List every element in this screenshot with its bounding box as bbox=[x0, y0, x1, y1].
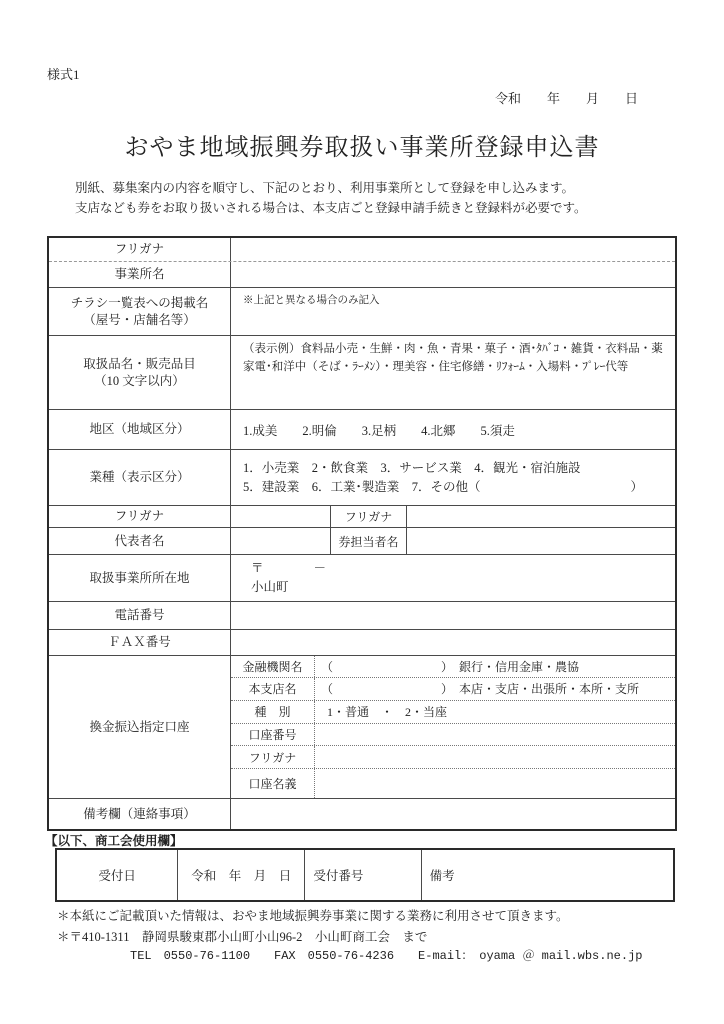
reception-number-label: 受付番号 bbox=[313, 866, 363, 884]
office-remarks-label: 備考 bbox=[430, 866, 455, 884]
district-options-cell: 1.成美 2.明倫 3.足柄 4.北郷 5.須走 bbox=[231, 410, 675, 449]
voucher-furigana-label: フリガナ bbox=[345, 508, 392, 525]
bank-furigana-label: フリガナ bbox=[249, 749, 296, 766]
remarks-value-cell bbox=[231, 799, 675, 829]
industry-label: 業種（表示区分） bbox=[89, 469, 189, 486]
business-name-label-cell: 事業所名 bbox=[49, 262, 231, 287]
bank-holder-label-cell: 口座名義 bbox=[231, 769, 315, 798]
row-remarks: 備考欄（連絡事項） bbox=[49, 799, 675, 829]
row-rep-furigana: フリガナ フリガナ bbox=[49, 506, 675, 528]
rep-name-value-cell bbox=[231, 528, 330, 554]
industry-label-cell: 業種（表示区分） bbox=[49, 450, 231, 505]
business-name-label: 事業所名 bbox=[114, 266, 164, 283]
bank-branch-label-cell: 本支店名 bbox=[231, 678, 315, 700]
bank-account-label-cell: 換金振込指定口座 bbox=[49, 656, 231, 798]
bank-type-label-cell: 種 別 bbox=[231, 701, 315, 723]
intro-line-1: 別紙、募集案内の内容を順守し、下記のとおり、利用事業所として登録を申し込みます。 bbox=[75, 178, 587, 198]
bank-account-label: 換金振込指定口座 bbox=[89, 719, 189, 736]
reception-number-cell: 受付番号 bbox=[305, 850, 421, 900]
bank-type-label: 種 別 bbox=[254, 703, 290, 720]
contact-info-line: TEL 0550-76-1100 FAX 0550-76-4236 E-mail… bbox=[130, 946, 642, 963]
bank-furigana-row: フリガナ bbox=[231, 746, 675, 769]
rep-name-label: 代表者名 bbox=[114, 533, 164, 550]
items-label-line2: （10 文字以内） bbox=[94, 373, 185, 390]
bank-furigana-value-cell bbox=[315, 746, 675, 768]
row-business-name: 事業所名 bbox=[49, 262, 675, 288]
intro-line-2: 支店なども券をお取り扱いされる場合は、本支店ごと登録申請手続きと登録料が必要です… bbox=[75, 198, 587, 218]
office-remarks-cell: 備考 bbox=[422, 850, 673, 900]
bank-institution-value: （ ） 銀行・信用金庫・農協 bbox=[321, 658, 579, 675]
fax-label: ＦＡＸ番号 bbox=[108, 634, 171, 651]
bank-branch-value: （ ） 本店・支店・出張所・本所・支所 bbox=[321, 680, 639, 697]
reception-date-label-cell: 受付日 bbox=[57, 850, 178, 900]
address-value-cell: 〒 － 小山町 bbox=[231, 555, 675, 601]
row-industry: 業種（表示区分） 1．小売業 2・飲食業 3．サービス業 4．観光・宿泊施設 5… bbox=[49, 450, 675, 506]
rep-furigana-label: フリガナ bbox=[115, 508, 164, 525]
bank-number-label: 口座番号 bbox=[248, 726, 296, 743]
fax-label-cell: ＦＡＸ番号 bbox=[49, 630, 231, 655]
bank-number-digit-boxes bbox=[315, 724, 675, 746]
application-table: フリガナ 事業所名 チラシ一覧表への掲載名 （屋号・店舗名等） ※上記と異なる場… bbox=[47, 236, 677, 831]
items-example-line1: （表示例）食料品小売・生鮮・肉・魚・青果・菓子・酒･ﾀﾊﾞｺ・雑貨・衣料品・薬 bbox=[243, 340, 663, 358]
bank-branch-label: 本支店名 bbox=[248, 680, 296, 697]
tel-label-cell: 電話番号 bbox=[49, 602, 231, 629]
bank-institution-value-cell: （ ） 銀行・信用金庫・農協 bbox=[315, 656, 675, 677]
row-business-furigana: フリガナ bbox=[49, 238, 675, 262]
bank-type-value-cell: 1・普通 ・ 2・当座 bbox=[315, 701, 675, 723]
flyer-name-label-line1: チラシ一覧表への掲載名 bbox=[71, 295, 209, 312]
reception-date-value-cell: 令和 年 月 日 bbox=[178, 850, 305, 900]
rep-name-label-cell: 代表者名 bbox=[49, 528, 231, 554]
flyer-name-note: ※上記と異なる場合のみ記入 bbox=[243, 292, 380, 307]
application-form-page: 様式1 令和 年 月 日 おやま地域振興券取扱い事業所登録申込書 別紙、募集案内… bbox=[0, 0, 724, 1024]
row-bank-account: 換金振込指定口座 金融機関名 （ ） 銀行・信用金庫・農協 本支店名 bbox=[49, 656, 675, 799]
bank-holder-row: 口座名義 bbox=[231, 769, 675, 798]
office-use-table: 受付日 令和 年 月 日 受付番号 備考 bbox=[55, 848, 675, 902]
voucher-manager-value-cell bbox=[407, 528, 675, 554]
office-use-heading: 【以下、商工会使用欄】 bbox=[45, 831, 183, 849]
tel-label: 電話番号 bbox=[114, 607, 164, 624]
bank-type-row: 種 別 1・普通 ・ 2・当座 bbox=[231, 701, 675, 724]
bank-branch-value-cell: （ ） 本店・支店・出張所・本所・支所 bbox=[315, 678, 675, 700]
industry-options-cell: 1．小売業 2・飲食業 3．サービス業 4．観光・宿泊施設 5．建設業 6．工業… bbox=[231, 450, 675, 505]
rep-furigana-label-cell: フリガナ bbox=[49, 506, 231, 527]
rep-furigana-value-cell bbox=[231, 506, 330, 527]
district-label-cell: 地区（地域区分） bbox=[49, 410, 231, 449]
flyer-name-label-cell: チラシ一覧表への掲載名 （屋号・店舗名等） bbox=[49, 288, 231, 335]
intro-paragraph: 別紙、募集案内の内容を順守し、下記のとおり、利用事業所として登録を申し込みます。… bbox=[75, 178, 587, 218]
address-label-cell: 取扱事業所所在地 bbox=[49, 555, 231, 601]
remarks-label-cell: 備考欄（連絡事項） bbox=[49, 799, 231, 829]
row-flyer-name: チラシ一覧表への掲載名 （屋号・店舗名等） ※上記と異なる場合のみ記入 bbox=[49, 288, 675, 336]
bank-institution-row: 金融機関名 （ ） 銀行・信用金庫・農協 bbox=[231, 656, 675, 678]
row-fax: ＦＡＸ番号 bbox=[49, 630, 675, 656]
bank-holder-value-cell bbox=[315, 769, 675, 798]
privacy-note: ＊本紙にご記載頂いた情報は、おやま地域振興券事業に関する業務に利用させて頂きます… bbox=[57, 906, 569, 924]
page-title: おやま地域振興券取扱い事業所登録申込書 bbox=[0, 127, 724, 162]
fax-value-cell bbox=[231, 630, 675, 655]
district-options: 1.成美 2.明倫 3.足柄 4.北郷 5.須走 bbox=[243, 421, 515, 439]
items-value-cell: （表示例）食料品小売・生鮮・肉・魚・青果・菓子・酒･ﾀﾊﾞｺ・雑貨・衣料品・薬 … bbox=[231, 336, 675, 409]
date-line: 令和 年 月 日 bbox=[495, 88, 638, 107]
row-rep-name: 代表者名 券担当者名 bbox=[49, 528, 675, 555]
business-furigana-value-cell bbox=[231, 238, 675, 261]
row-district: 地区（地域区分） 1.成美 2.明倫 3.足柄 4.北郷 5.須走 bbox=[49, 410, 675, 450]
address-postal-line: 〒 － bbox=[251, 559, 326, 578]
bank-account-subtable: 金融機関名 （ ） 銀行・信用金庫・農協 本支店名 （ ） 本店・支店・出張所・… bbox=[231, 656, 675, 798]
items-example-line2: 家電･和洋中（そば・ﾗｰﾒﾝ）・理美容・住宅修繕・ﾘﾌｫｰﾑ・入場料・ﾌﾟﾚｰ代… bbox=[243, 358, 628, 376]
bank-holder-label: 口座名義 bbox=[248, 775, 296, 792]
business-furigana-label: フリガナ bbox=[115, 241, 164, 258]
address-label: 取扱事業所所在地 bbox=[89, 570, 189, 587]
reception-date-label: 受付日 bbox=[98, 866, 136, 884]
remarks-label: 備考欄（連絡事項） bbox=[83, 806, 196, 823]
bank-number-row: 口座番号 bbox=[231, 724, 675, 747]
flyer-name-label-line2: （屋号・店舗名等） bbox=[83, 312, 196, 329]
voucher-manager-label-cell: 券担当者名 bbox=[330, 528, 407, 554]
tel-value-cell bbox=[231, 602, 675, 629]
items-label-cell: 取扱品名・販売品目 （10 文字以内） bbox=[49, 336, 231, 409]
form-number: 様式1 bbox=[47, 64, 80, 83]
row-tel: 電話番号 bbox=[49, 602, 675, 630]
address-town-line: 小山町 bbox=[251, 578, 289, 597]
industry-options-line1: 1．小売業 2・飲食業 3．サービス業 4．観光・宿泊施設 bbox=[243, 459, 581, 478]
reception-date-format: 令和 年 月 日 bbox=[191, 866, 291, 884]
bank-branch-row: 本支店名 （ ） 本店・支店・出張所・本所・支所 bbox=[231, 678, 675, 701]
business-name-value-cell bbox=[231, 262, 675, 287]
bank-furigana-label-cell: フリガナ bbox=[231, 746, 315, 768]
district-label: 地区（地域区分） bbox=[89, 421, 189, 438]
row-items: 取扱品名・販売品目 （10 文字以内） （表示例）食料品小売・生鮮・肉・魚・青果… bbox=[49, 336, 675, 410]
submission-address-note: ＊〒410-1311 静岡県駿東郡小山町小山96-2 小山町商工会 まで bbox=[57, 927, 427, 945]
business-furigana-label-cell: フリガナ bbox=[49, 238, 231, 261]
voucher-manager-label: 券担当者名 bbox=[338, 533, 398, 550]
bank-number-label-cell: 口座番号 bbox=[231, 724, 315, 746]
voucher-furigana-value-cell bbox=[407, 506, 675, 527]
row-address: 取扱事業所所在地 〒 － 小山町 bbox=[49, 555, 675, 602]
industry-options-line2: 5．建設業 6．工業･製造業 7．その他（ ） bbox=[243, 478, 643, 497]
bank-type-value: 1・普通 ・ 2・当座 bbox=[327, 703, 447, 720]
voucher-furigana-label-cell: フリガナ bbox=[330, 506, 407, 527]
flyer-name-value-cell: ※上記と異なる場合のみ記入 bbox=[231, 288, 675, 335]
items-label-line1: 取扱品名・販売品目 bbox=[83, 356, 196, 373]
bank-institution-label: 金融機関名 bbox=[242, 658, 302, 675]
bank-institution-label-cell: 金融機関名 bbox=[231, 656, 315, 677]
